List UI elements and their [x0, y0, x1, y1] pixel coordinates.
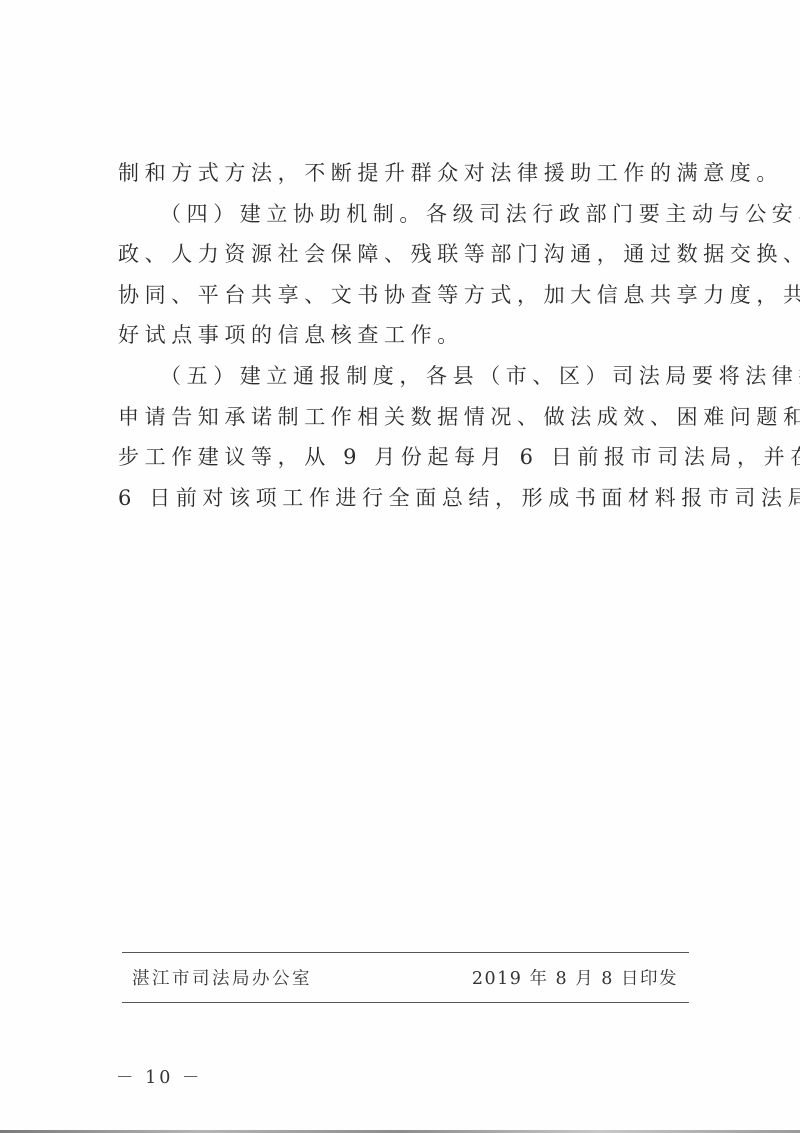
item-5-line: 6 日前对该项工作进行全面总结，形成书面材料报市司法局。	[118, 478, 692, 519]
item-5-line: 步工作建议等，从 9 月份起每月 6 日前报市司法局，并在 11 月	[118, 437, 692, 478]
footer-issuer: 湛江市司法局办公室	[132, 965, 312, 990]
item-5-heading-line: （五）建立通报制度，各县（市、区）司法局要将法律援助	[118, 356, 692, 397]
document-page: 制和方式方法，不断提升群众对法律援助工作的满意度。 （四）建立协助机制。各级司法…	[0, 0, 800, 1133]
document-body: 制和方式方法，不断提升群众对法律援助工作的满意度。 （四）建立协助机制。各级司法…	[118, 153, 692, 518]
item-5-line: 申请告知承诺制工作相关数据情况、做法成效、困难问题和下一	[118, 397, 692, 438]
footer-divider-top	[122, 952, 689, 953]
paragraph-continuation-line: 制和方式方法，不断提升群众对法律援助工作的满意度。	[118, 153, 692, 194]
item-4-line: 好试点事项的信息核查工作。	[118, 315, 692, 356]
item-4-line: 协同、平台共享、文书协查等方式，加大信息共享力度，共同做	[118, 275, 692, 316]
footer-divider-bottom	[122, 1002, 689, 1003]
item-4-line: 政、人力资源社会保障、残联等部门沟通，通过数据交换、业务	[118, 234, 692, 275]
page-number: － 10 －	[116, 1064, 202, 1089]
item-4-heading-line: （四）建立协助机制。各级司法行政部门要主动与公安、民	[118, 194, 692, 235]
footer-issue-date: 2019 年 8 月 8 日印发	[472, 965, 678, 990]
